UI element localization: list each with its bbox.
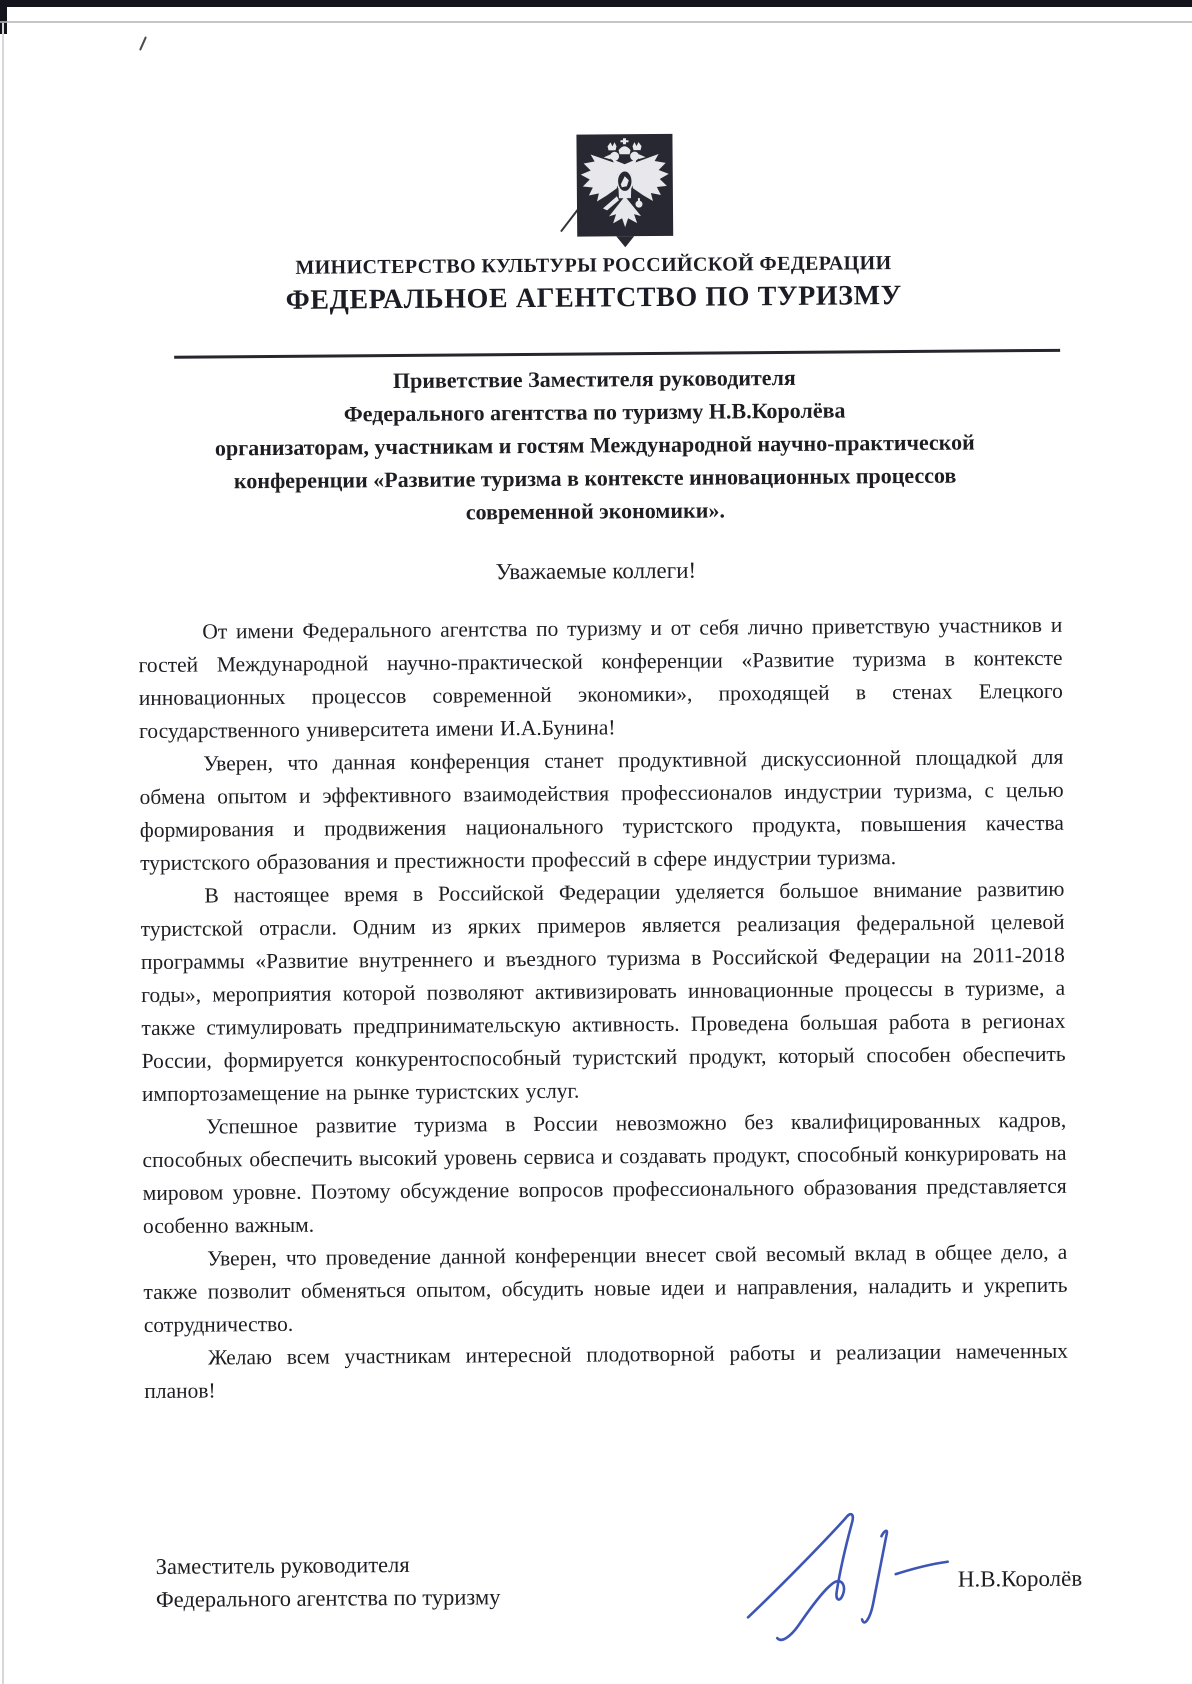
russian-coat-of-arms-icon [576, 134, 673, 237]
letterhead-divider [174, 349, 1060, 359]
scan-artifact-left-edge [2, 23, 4, 1684]
handwritten-signature-icon [735, 1488, 968, 1658]
scan-artifact-line [0, 21, 1192, 23]
letter-body: От имени Федерального агентства по туриз… [138, 609, 1068, 1408]
paragraph: Успешное развитие туризма в России невоз… [142, 1104, 1067, 1243]
scan-artifact-top-bar [0, 0, 1192, 7]
letter-page: МИНИСТЕРСТВО КУЛЬТУРЫ РОССИЙСКОЙ ФЕДЕРАЦ… [0, 0, 1192, 1684]
signer-position: Заместитель руководителя Федерального аг… [156, 1547, 501, 1616]
paragraph: От имени Федерального агентства по туриз… [138, 609, 1063, 748]
salutation: Уважаемые коллеги! [0, 554, 1192, 589]
signer-position-line: Заместитель руководителя [156, 1547, 501, 1583]
signer-name: Н.В.Королёв [958, 1566, 1083, 1593]
letter-title: Приветствие Заместителя руководителя Фед… [108, 359, 1081, 532]
agency-name: ФЕДЕРАЛЬНОЕ АГЕНТСТВО ПО ТУРИЗМУ [0, 278, 1190, 319]
emblem-ribbon-tab [616, 236, 634, 247]
paragraph: Уверен, что данная конференция станет пр… [139, 741, 1064, 880]
paragraph: Желаю всем участникам интересной плодотв… [144, 1335, 1068, 1408]
paragraph: В настоящее время в Российской Федерации… [140, 873, 1066, 1111]
paragraph: Уверен, что проведение данной конференци… [143, 1236, 1068, 1342]
signer-position-line: Федерального агентства по туризму [156, 1580, 501, 1616]
ministry-name: МИНИСТЕРСТВО КУЛЬТУРЫ РОССИЙСКОЙ ФЕДЕРАЦ… [0, 250, 1190, 282]
